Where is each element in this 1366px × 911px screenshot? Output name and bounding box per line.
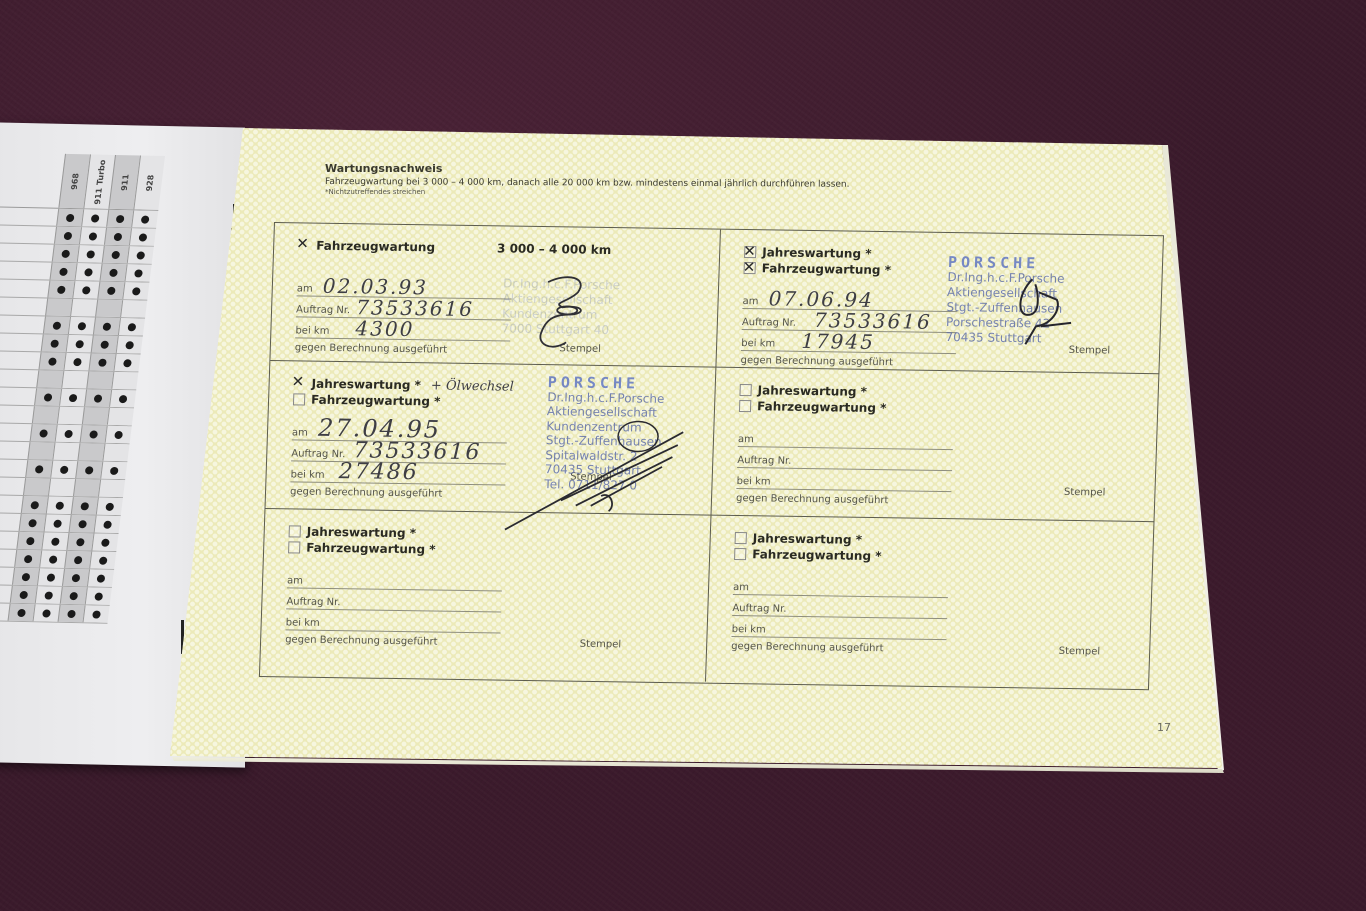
handwritten-note: + Ölwechsel xyxy=(431,378,514,394)
jahreswartung-label: Jahreswartung * xyxy=(311,377,421,393)
model-table-row xyxy=(0,530,118,552)
stamp-label: Stempel xyxy=(1064,487,1106,499)
applicability-dot-icon xyxy=(42,609,51,617)
service-entry-2: Jahreswartung * Fahrzeugwartung * am07.0… xyxy=(716,230,1164,375)
model-table-row xyxy=(0,548,116,570)
service-entry-6: Jahreswartung * Fahrzeugwartung * am Auf… xyxy=(706,516,1155,689)
applicability-dot-icon xyxy=(123,359,132,367)
applicability-dot-icon xyxy=(100,340,109,348)
km-label: bei km xyxy=(732,624,766,636)
km-label: bei km xyxy=(286,617,320,629)
applicability-dot-icon xyxy=(67,609,76,617)
applicability-dot-icon xyxy=(107,286,116,294)
km-field[interactable]: bei km xyxy=(285,609,501,633)
handwritten-km: 17945 xyxy=(801,329,875,354)
applicability-dot-icon xyxy=(60,465,69,473)
applicability-dot-icon xyxy=(59,267,68,275)
fahrzeugwartung-label: Fahrzeugwartung xyxy=(316,239,435,255)
applicability-dot-icon xyxy=(17,608,26,616)
model-table: 968 911 Turbo 911 928 xyxy=(0,152,165,623)
model-table-row xyxy=(0,476,125,498)
model-table-header: 968 911 Turbo 911 928 xyxy=(0,152,165,211)
page-number: 17 xyxy=(1157,721,1171,734)
applicability-dot-icon xyxy=(50,339,59,347)
order-number-label: Auftrag Nr. xyxy=(737,455,791,467)
km-label: bei km xyxy=(290,469,324,481)
km-field[interactable]: bei km xyxy=(731,616,947,640)
applicability-dot-icon xyxy=(22,573,31,581)
fahrzeugwartung-checkbox[interactable] xyxy=(744,262,756,274)
applicability-dot-icon xyxy=(55,501,64,509)
km-label: bei km xyxy=(295,325,329,337)
applicability-dot-icon xyxy=(78,520,87,528)
applicability-dot-icon xyxy=(77,322,86,330)
column-header-911: 911 xyxy=(119,174,130,191)
applicability-dot-icon xyxy=(94,394,103,402)
applicability-dot-icon xyxy=(39,429,48,437)
applicability-dot-icon xyxy=(19,590,28,598)
applicability-dot-icon xyxy=(127,323,136,331)
service-entry-1: Fahrzeugwartung 3 000 – 4 000 km am02.03… xyxy=(270,223,721,368)
column-header-968: 968 xyxy=(69,173,80,190)
applicability-dot-icon xyxy=(101,538,110,546)
handwritten-km: 27486 xyxy=(338,459,419,485)
fahrzeugwartung-label: Fahrzeugwartung * xyxy=(306,541,436,557)
applicability-dot-icon xyxy=(103,520,112,528)
porsche-stamp-logo: PORSCHE xyxy=(548,375,665,391)
date-label: am xyxy=(292,427,308,438)
applicability-dot-icon xyxy=(26,537,35,545)
applicability-dot-icon xyxy=(48,357,57,365)
fahrzeugwartung-label: Fahrzeugwartung * xyxy=(311,393,441,409)
service-record-grid: Fahrzeugwartung 3 000 – 4 000 km am02.03… xyxy=(259,222,1164,690)
column-header-928: 928 xyxy=(144,174,155,191)
fahrzeugwartung-label: Fahrzeugwartung * xyxy=(757,399,887,415)
km-field[interactable]: bei km4300 xyxy=(295,317,511,341)
model-table-row xyxy=(0,602,110,624)
applicability-dot-icon xyxy=(98,358,107,366)
applicability-dot-icon xyxy=(80,502,89,510)
applicability-dot-icon xyxy=(91,214,100,222)
applicability-dot-icon xyxy=(139,233,148,241)
applicability-dot-icon xyxy=(85,466,94,474)
billing-note: gegen Berechnung ausgeführt xyxy=(285,634,686,651)
jahreswartung-label: Jahreswartung * xyxy=(753,531,863,547)
model-table-row xyxy=(0,512,121,534)
handwritten-km: 4300 xyxy=(355,316,415,341)
billing-note: gegen Berechnung ausgeführt xyxy=(295,342,696,359)
dealer-stamp: PORSCHE Dr.Ing.h.c.F.Porsche Aktiengesel… xyxy=(544,375,665,493)
order-number-label: Auftrag Nr. xyxy=(296,304,350,316)
applicability-dot-icon xyxy=(134,269,143,277)
fahrzeugwartung-checkbox[interactable] xyxy=(293,393,305,405)
date-label: am xyxy=(738,434,754,445)
applicability-dot-icon xyxy=(76,538,85,546)
applicability-dot-icon xyxy=(57,285,66,293)
applicability-dot-icon xyxy=(74,556,83,564)
fahrzeugwartung-label: Fahrzeugwartung * xyxy=(761,261,891,277)
jahreswartung-checkbox[interactable] xyxy=(293,377,305,389)
stamp-label: Stempel xyxy=(1068,345,1110,357)
applicability-dot-icon xyxy=(73,358,82,366)
date-label: am xyxy=(733,582,749,593)
model-table-body xyxy=(0,207,158,624)
applicability-dot-icon xyxy=(94,592,103,600)
applicability-dot-icon xyxy=(114,430,123,438)
jahreswartung-checkbox[interactable] xyxy=(735,532,747,544)
applicability-dot-icon xyxy=(89,232,98,240)
km-range-label: 3 000 – 4 000 km xyxy=(497,241,612,257)
model-table-row xyxy=(0,494,123,516)
model-table-row xyxy=(0,584,112,606)
applicability-dot-icon xyxy=(89,430,98,438)
applicability-dot-icon xyxy=(30,501,39,509)
jahreswartung-label: Jahreswartung * xyxy=(757,383,867,399)
applicability-dot-icon xyxy=(47,573,56,581)
applicability-dot-icon xyxy=(44,393,53,401)
dealer-stamp: Dr.Ing.h.c.F.Porsche Aktiengesellschaft … xyxy=(501,276,620,338)
jahreswartung-label: Jahreswartung * xyxy=(307,525,417,541)
applicability-dot-icon xyxy=(111,250,120,258)
applicability-dot-icon xyxy=(35,465,44,473)
applicability-dot-icon xyxy=(92,610,101,618)
service-entry-5: Jahreswartung * Fahrzeugwartung * am Auf… xyxy=(260,509,712,682)
applicability-dot-icon xyxy=(72,574,81,582)
applicability-dot-icon xyxy=(99,556,108,564)
applicability-dot-icon xyxy=(52,321,61,329)
jahreswartung-checkbox[interactable] xyxy=(744,246,756,258)
km-label: bei km xyxy=(741,338,775,350)
fahrzeugwartung-checkbox[interactable] xyxy=(288,541,300,553)
applicability-dot-icon xyxy=(24,555,33,563)
km-field[interactable]: bei km27486 xyxy=(290,461,506,485)
km-field[interactable]: bei km17945 xyxy=(741,330,957,354)
jahreswartung-label: Jahreswartung * xyxy=(762,245,872,261)
applicability-dot-icon xyxy=(125,341,134,349)
date-label: am xyxy=(742,296,758,307)
applicability-dot-icon xyxy=(49,555,58,563)
model-table-row xyxy=(0,459,127,481)
applicability-dot-icon xyxy=(116,214,125,222)
fahrzeugwartung-label: Fahrzeugwartung * xyxy=(752,547,882,563)
applicability-dot-icon xyxy=(82,286,91,294)
porsche-stamp-logo: PORSCHE xyxy=(948,255,1066,272)
applicability-dot-icon xyxy=(69,393,78,401)
applicability-dot-icon xyxy=(97,574,106,582)
date-label: am xyxy=(287,575,303,586)
applicability-dot-icon xyxy=(132,287,141,295)
applicability-dot-icon xyxy=(119,395,128,403)
applicability-dot-icon xyxy=(84,268,93,276)
km-label: bei km xyxy=(736,476,770,488)
document-title: Wartungsnachweis xyxy=(325,162,850,175)
jahreswartung-checkbox[interactable] xyxy=(289,525,301,537)
order-number-label: Auftrag Nr. xyxy=(291,448,345,460)
dealer-stamp: PORSCHE Dr.Ing.h.c.F.Porsche Aktiengesel… xyxy=(945,255,1065,347)
date-label: am xyxy=(297,283,313,294)
order-number-label: Auftrag Nr. xyxy=(286,596,340,608)
stamp-label: Stempel xyxy=(1059,646,1101,658)
applicability-dot-icon xyxy=(69,592,78,600)
applicability-dot-icon xyxy=(109,268,118,276)
applicability-dot-icon xyxy=(110,466,119,474)
stamp-label: Stempel xyxy=(580,639,622,651)
model-table-row xyxy=(0,566,114,588)
service-entry-4: Jahreswartung * Fahrzeugwartung * am Auf… xyxy=(711,368,1159,523)
applicability-dot-icon xyxy=(75,340,84,348)
applicability-dot-icon xyxy=(51,537,60,545)
jahreswartung-checkbox[interactable] xyxy=(739,384,751,396)
order-number-label: Auftrag Nr. xyxy=(732,603,786,615)
applicability-dot-icon xyxy=(102,322,111,330)
fahrzeugwartung-checkbox[interactable] xyxy=(734,548,746,560)
applicability-dot-icon xyxy=(105,502,114,510)
applicability-dot-icon xyxy=(61,249,70,257)
fahrzeugwartung-checkbox[interactable] xyxy=(298,239,310,251)
applicability-dot-icon xyxy=(66,213,75,221)
applicability-dot-icon xyxy=(141,215,150,223)
applicability-dot-icon xyxy=(44,591,53,599)
applicability-dot-icon xyxy=(53,519,62,527)
order-number-label: Auftrag Nr. xyxy=(742,317,796,329)
fahrzeugwartung-checkbox[interactable] xyxy=(739,400,751,412)
service-entry-3: Jahreswartung *+ Ölwechsel Fahrzeugwartu… xyxy=(265,361,716,516)
applicability-dot-icon xyxy=(136,251,145,259)
applicability-dot-icon xyxy=(28,519,37,527)
document-header: Wartungsnachweis Fahrzeugwartung bei 3 0… xyxy=(325,162,850,196)
stamp-label: Stempel xyxy=(559,343,601,355)
applicability-dot-icon xyxy=(64,231,73,239)
km-field[interactable]: bei km xyxy=(736,468,952,492)
applicability-dot-icon xyxy=(64,429,73,437)
applicability-dot-icon xyxy=(114,232,123,240)
applicability-dot-icon xyxy=(86,250,95,258)
column-header-911-turbo: 911 Turbo xyxy=(92,159,107,204)
